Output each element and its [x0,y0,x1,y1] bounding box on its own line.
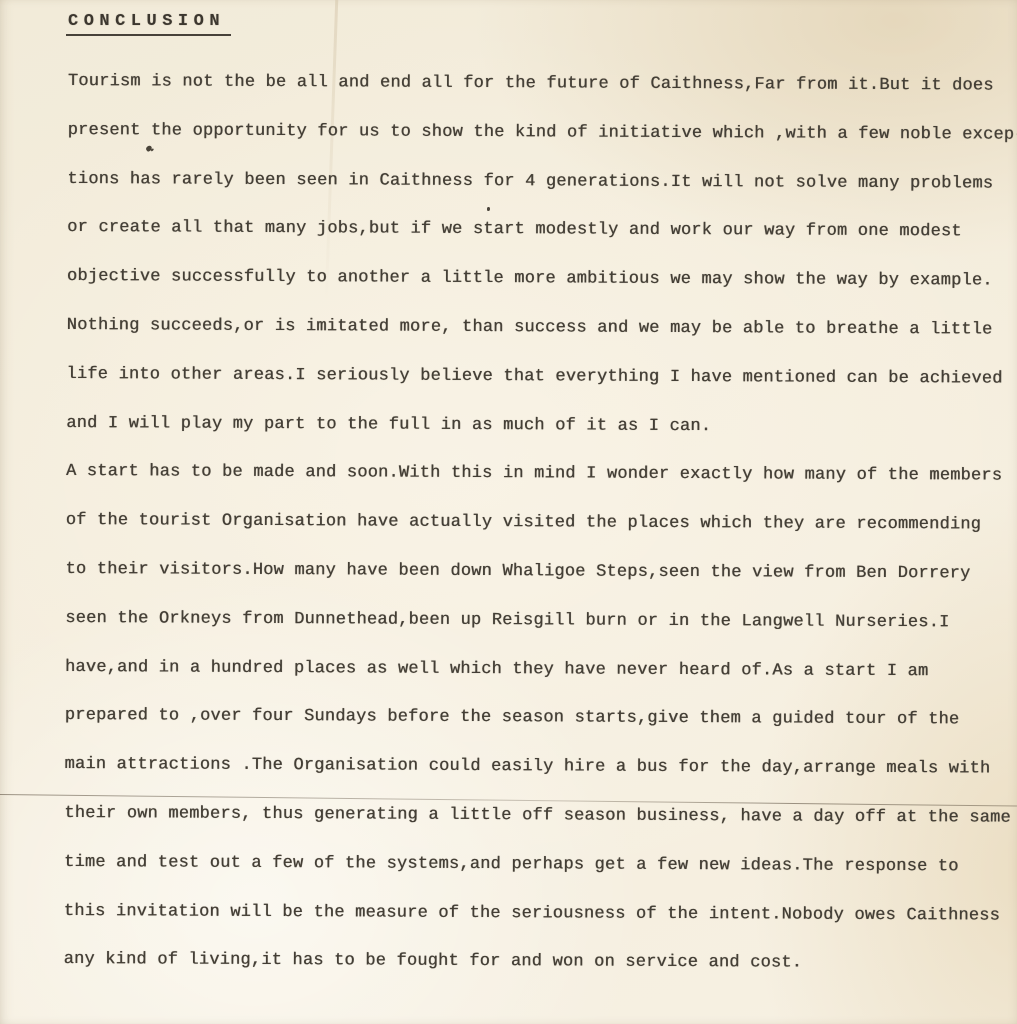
text-line: to their visitors.How many have been dow… [65,546,1010,599]
text-line: and I will play my part to the full in a… [66,400,1011,453]
text-line: present the opportunity for us to show t… [68,107,1013,160]
text-line: seen the Orkneys from Dunnethead,been up… [65,595,1010,648]
text-line: Nothing succeeds,or is imitated more, th… [67,302,1012,355]
text-line: this invitation will be the measure of t… [64,888,1009,941]
text-line: have,and in a hundred places as well whi… [65,644,1010,697]
text-line: life into other areas.I seriously believ… [66,351,1011,404]
scanned-typewritten-page: CONCLUSION Tourism is not the be all and… [0,0,1017,1024]
text-line: any kind of living,it has to be fought f… [63,936,1008,989]
text-line: prepared to ,over four Sundays before th… [65,692,1010,745]
text-line: Tourism is not the be all and end all fo… [68,58,1013,111]
text-line: of the tourist Organisation have actuall… [66,497,1011,550]
document-body: Tourism is not the be all and end all fo… [63,58,1013,990]
text-line: their own members, thus generating a lit… [64,790,1009,843]
text-line: tions has rarely been seen in Caithness … [67,156,1012,209]
text-line: time and test out a few of the systems,a… [64,839,1009,892]
text-line: A start has to be made and soon.With thi… [66,448,1011,501]
text-line: main attractions .The Organisation could… [64,741,1009,794]
document-heading: CONCLUSION [66,12,231,36]
text-line: or create all that many jobs,but if we s… [67,204,1012,257]
text-line: objective successfully to another a litt… [67,253,1012,306]
